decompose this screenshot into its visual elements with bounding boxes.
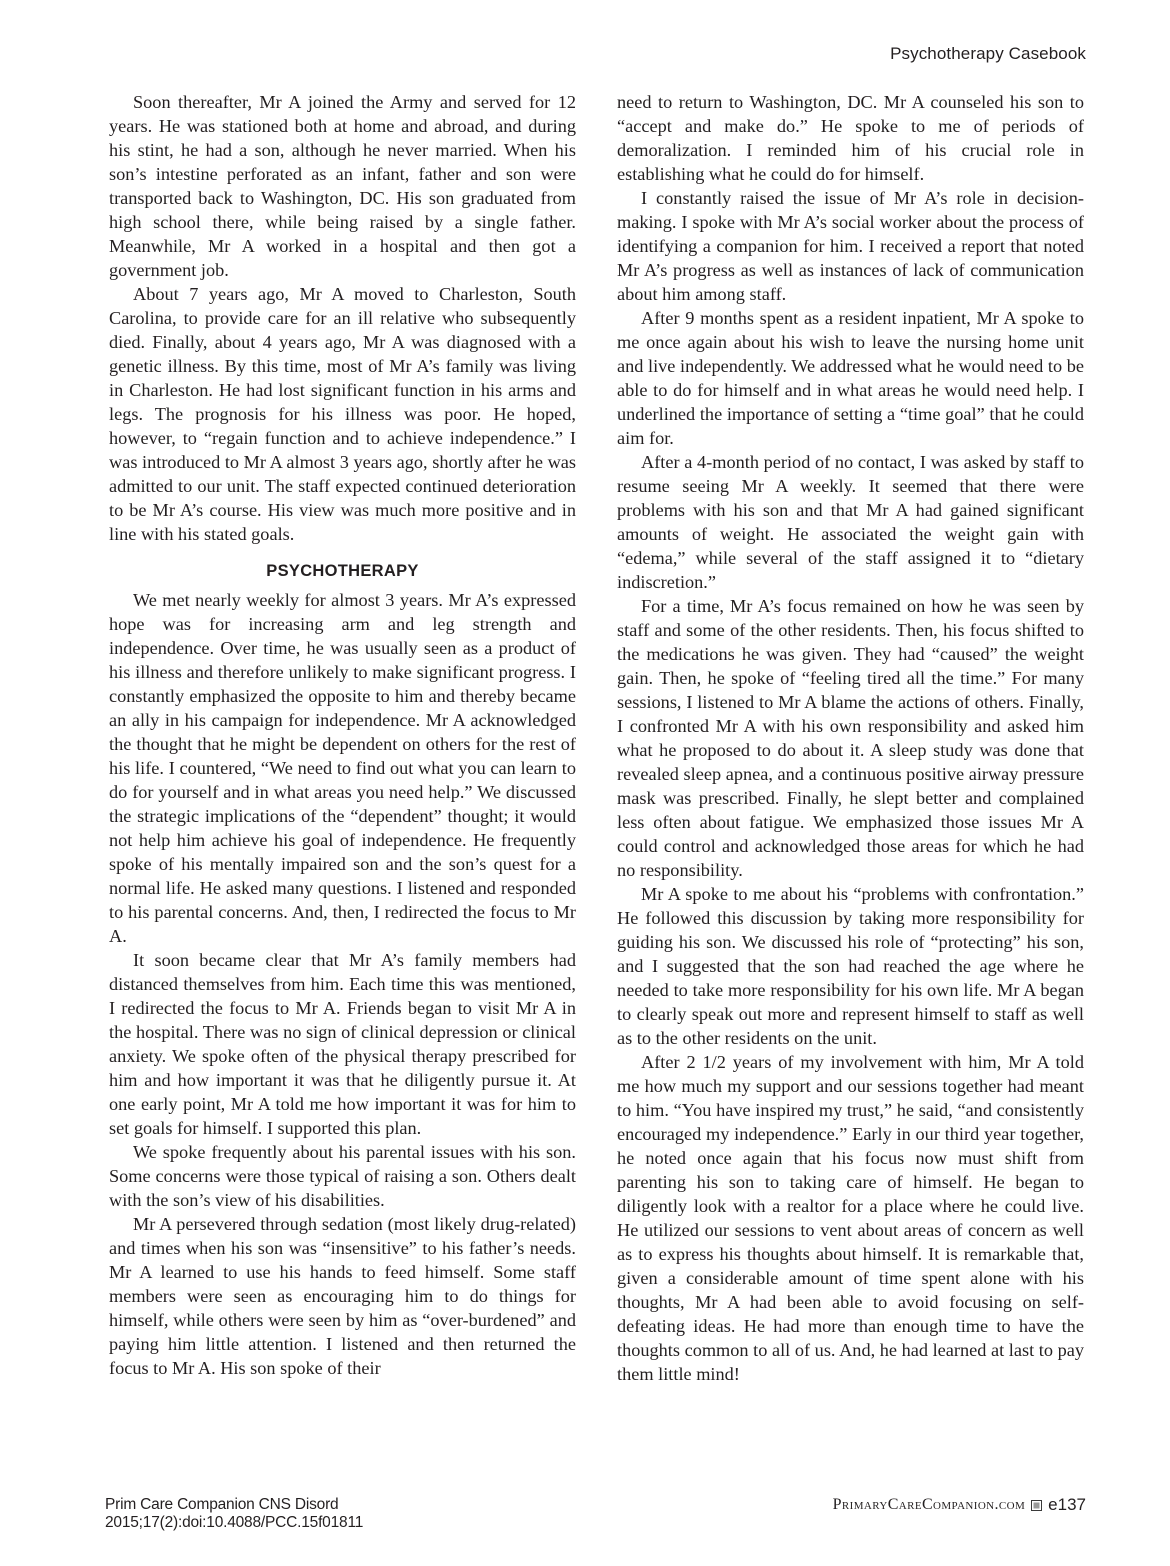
section-heading: PSYCHOTHERAPY (109, 559, 576, 583)
left-column: Soon thereafter, Mr A joined the Army an… (109, 90, 576, 1386)
website-link[interactable]: PrimaryCareCompanion.com (833, 1496, 1026, 1514)
paragraph: Mr A persevered through sedation (most l… (109, 1212, 576, 1380)
page-number: e137 (1048, 1496, 1086, 1514)
running-head: Psychotherapy Casebook (890, 44, 1086, 64)
paragraph-continuation: need to return to Washington, DC. Mr A c… (617, 90, 1084, 186)
paragraph: About 7 years ago, Mr A moved to Charles… (109, 282, 576, 546)
paragraph: After 2 1/2 years of my involvement with… (617, 1050, 1084, 1386)
right-column: need to return to Washington, DC. Mr A c… (617, 90, 1084, 1386)
paragraph: For a time, Mr A’s focus remained on how… (617, 594, 1084, 882)
paragraph: After a 4-month period of no contact, I … (617, 450, 1084, 594)
paragraph: Mr A spoke to me about his “problems wit… (617, 882, 1084, 1050)
footer-citation: Prim Care Companion CNS Disord 2015;17(2… (105, 1496, 363, 1532)
paragraph: I constantly raised the issue of Mr A’s … (617, 186, 1084, 306)
square-bullet-icon (1031, 1500, 1042, 1511)
paragraph: Soon thereafter, Mr A joined the Army an… (109, 90, 576, 282)
journal-name: Prim Care Companion CNS Disord (105, 1496, 363, 1514)
doi-citation: 2015;17(2):doi:10.4088/PCC.15f01811 (105, 1514, 363, 1532)
paragraph: We spoke frequently about his parental i… (109, 1140, 576, 1212)
paragraph: It soon became clear that Mr A’s family … (109, 948, 576, 1140)
paragraph: We met nearly weekly for almost 3 years.… (109, 588, 576, 948)
article-body: Soon thereafter, Mr A joined the Army an… (109, 90, 1084, 1386)
footer-site: PrimaryCareCompanion.com e137 (833, 1496, 1086, 1514)
paragraph: After 9 months spent as a resident inpat… (617, 306, 1084, 450)
